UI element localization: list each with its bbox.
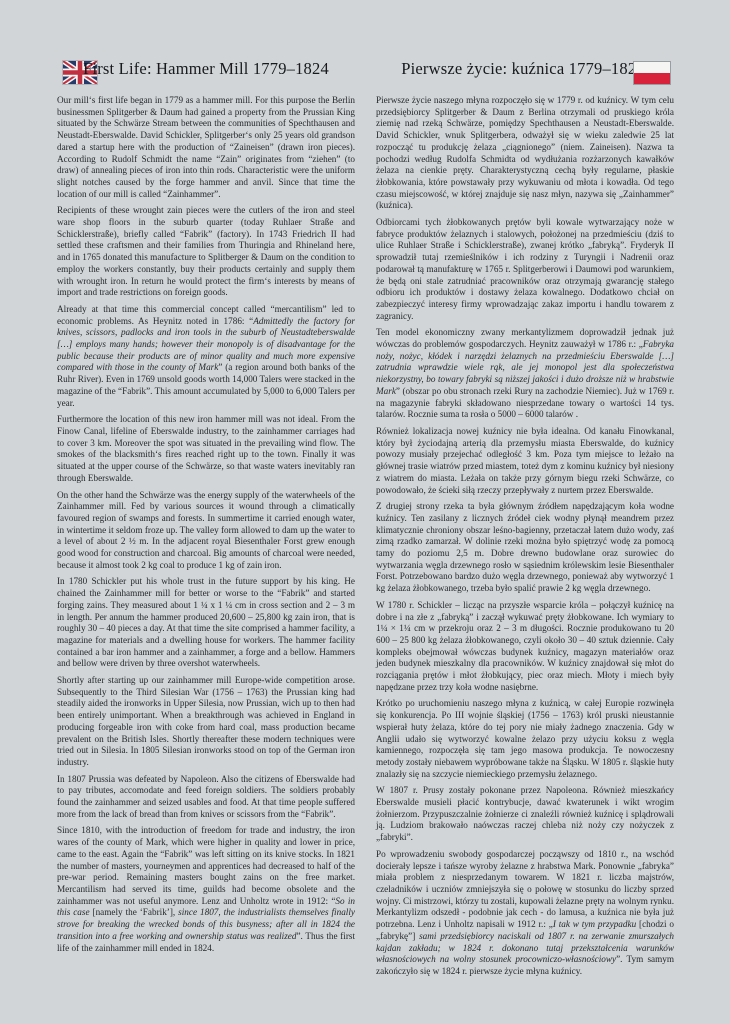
body-text: ” (obszar po obu stronach rzeki Rury na …: [376, 386, 674, 419]
paragraph-english-8: In 1807 Prussia was defeated by Napoleon…: [57, 774, 355, 821]
body-text: Krótko po uruchomieniu naszego młyna z k…: [376, 698, 674, 778]
paragraph-polish-6: W 1780 r. Schickler – licząc na przyszłe…: [376, 600, 674, 694]
paragraph-english-1: Our mill‘s first life began in 1779 as a…: [57, 95, 355, 200]
paragraph-english-4: Furthermore the location of this new iro…: [57, 414, 355, 484]
english-column: Our mill‘s first life began in 1779 as a…: [57, 95, 355, 983]
body-text: Recipients of these wrought zain pieces …: [57, 205, 355, 297]
body-text: Our mill‘s first life began in 1779 as a…: [57, 95, 355, 199]
paragraph-polish-2: Odbiorcami tych żłobkowanych prętów byli…: [376, 217, 674, 322]
body-text: Również lokalizacja nowej kuźnicy nie by…: [376, 426, 674, 495]
body-text: In 1780 Schickler put his whole trust in…: [57, 576, 355, 668]
paragraph-english-9: Since 1810, with the introduction of fre…: [57, 825, 355, 954]
scanned-document-page: First Life: Hammer Mill 1779–1824 Pierws…: [0, 0, 730, 1024]
paragraph-polish-7: Krótko po uruchomieniu naszego młyna z k…: [376, 698, 674, 780]
body-text: W 1807 r. Prusy zostały pokonane przez N…: [376, 785, 674, 842]
paragraph-polish-4: Również lokalizacja nowej kuźnicy nie by…: [376, 426, 674, 496]
page-title-english: First Life: Hammer Mill 1779–1824: [57, 59, 355, 79]
poland-flag-white-stripe: [634, 62, 670, 73]
body-text: W 1780 r. Schickler – licząc na przyszłe…: [376, 600, 674, 692]
body-text: Pierwsze życie naszego młyna rozpoczęło …: [376, 95, 674, 210]
paragraph-polish-8: W 1807 r. Prusy zostały pokonane przez N…: [376, 785, 674, 844]
polish-column: Pierwsze życie naszego młyna rozpoczęło …: [376, 95, 674, 983]
body-text-columns: Our mill‘s first life began in 1779 as a…: [57, 95, 674, 983]
page-title-polish: Pierwsze życie: kuźnica 1779–1824: [374, 59, 672, 79]
poland-flag-red-stripe: [634, 73, 670, 84]
body-text: Shortly after starting up our zainhammer…: [57, 675, 355, 767]
paragraph-polish-3: Ten model ekonomiczny zwany merkantylizm…: [376, 327, 674, 421]
paragraph-english-7: Shortly after starting up our zainhammer…: [57, 675, 355, 769]
body-text: Odbiorcami tych żłobkowanych prętów byli…: [376, 217, 674, 321]
body-text: On the other hand the Schwärze was the e…: [57, 490, 355, 570]
body-text: In 1807 Prussia was defeated by Napoleon…: [57, 774, 355, 819]
paragraph-polish-9: Po wprowadzeniu swobody gospodarczej poc…: [376, 849, 674, 978]
poland-flag-icon: [633, 61, 671, 85]
body-text: Z drugiej strony rzeka ta była głównym ź…: [376, 501, 674, 593]
paragraph-polish-5: Z drugiej strony rzeka ta była głównym ź…: [376, 501, 674, 595]
paragraph-polish-1: Pierwsze życie naszego młyna rozpoczęło …: [376, 95, 674, 212]
paragraph-english-3: Already at that time this commercial con…: [57, 304, 355, 409]
paragraph-english-6: In 1780 Schickler put his whole trust in…: [57, 576, 355, 670]
body-text: Since 1810, with the introduction of fre…: [57, 825, 355, 905]
body-text: Furthermore the location of this new iro…: [57, 414, 355, 483]
quoted-italic-text: I tak w tym przypadku: [553, 919, 639, 929]
body-text: Ten model ekonomiczny zwany merkantylizm…: [376, 327, 674, 349]
body-text: [namely the ‘Fabrik’],: [93, 907, 179, 917]
paragraph-english-2: Recipients of these wrought zain pieces …: [57, 205, 355, 299]
paragraph-english-5: On the other hand the Schwärze was the e…: [57, 490, 355, 572]
body-text: Po wprowadzeniu swobody gospodarczej poc…: [376, 849, 674, 929]
